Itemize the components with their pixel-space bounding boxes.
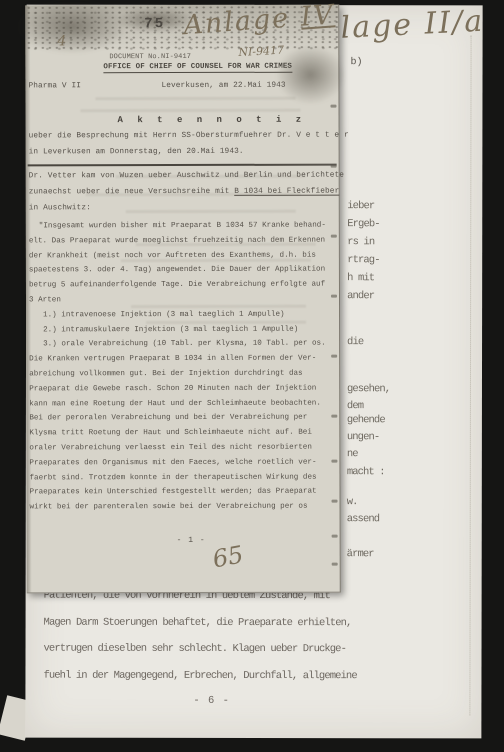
page-number: - 1 -: [177, 536, 206, 545]
photostat-page: 75 Anlage IV NI-9417 4 DOCUMENT No.NI-94…: [25, 5, 341, 594]
body-line: oraler Verabreichung verlaesst ein Teil …: [29, 441, 337, 457]
body-line: Klysma tritt Roetung der Haut und Schlei…: [29, 426, 337, 442]
memo-subtitle-1: ueber die Besprechung mit Herrn SS-Obers…: [29, 132, 349, 141]
document-number-line: DOCUMENT No.NI-9417: [109, 53, 191, 61]
bottom-text-line: fuehl in der Magengegend, Erbrechen, Dur…: [43, 670, 356, 683]
memo-title: A k t e n n o t i z: [118, 115, 306, 125]
body-line: Praeparat die Gewebe rasch. Schon 20 Min…: [29, 381, 337, 397]
body-line: der Krankheit (meist noch vor Auftreten …: [29, 248, 337, 264]
bottom-text-line: Magen Darm Stoerungen behaftet, die Prae…: [44, 617, 352, 630]
handwritten-ni-number: NI-9417: [238, 44, 284, 59]
intro-line-2: zunaechst ueber die neue Versuchsreihe m…: [29, 188, 340, 197]
memo-subtitle-2: in Leverkusen am Donnerstag, den 20.Mai …: [29, 148, 244, 157]
intro-line-3: in Auschwitz:: [29, 204, 91, 212]
blotch: [17, 0, 127, 54]
memo-body: "Insgesamt wurden bisher mit Praeparat B…: [29, 219, 338, 516]
text-fragment: ärmer: [347, 548, 374, 560]
stamp-75: 75: [144, 16, 165, 32]
anlage-number: IV: [300, 0, 336, 33]
body-line: 3 Arten: [29, 293, 337, 309]
fold-line: [469, 35, 471, 715]
text-fragment: rs in: [347, 236, 374, 248]
handwritten-digit: 4: [57, 33, 66, 49]
text-fragment: gehende: [347, 414, 385, 426]
body-line: "Insgesamt wurden bisher mit Praeparat B…: [29, 219, 337, 235]
intro-line-1: Dr. Vetter kam von Wuzen ueber Auschwitz…: [29, 172, 344, 181]
body-line: kann man eine Roetung der Haut und der S…: [29, 396, 337, 412]
mark-b: b): [351, 57, 363, 68]
body-line: Bei der peroralen Verabreichung und bei …: [29, 411, 337, 427]
page-number-under: - 6 -: [193, 695, 230, 707]
handwritten-anlage-under: lage II/a: [340, 4, 485, 46]
edge-tick: [332, 535, 338, 538]
body-line: Die Kranken vertrugen Praeparat B 1034 i…: [29, 352, 337, 368]
bottom-text-line: vertrugen dieselben sehr schlecht. Klage…: [44, 643, 346, 656]
body-line: Praeparates den Organismus mit den Faece…: [29, 455, 337, 471]
ghost-line: [126, 210, 296, 213]
body-line: spaetestens 3. oder 4. Tag) angewendet. …: [29, 263, 337, 279]
divider-rule: [28, 164, 337, 167]
text-fragment: die: [347, 336, 363, 348]
body-line: 3.) orale Verabreichung (10 Tabl. per Kl…: [29, 337, 337, 353]
film-background: lage II/a b) ieber Ergeb- rs in rtrag- h…: [0, 0, 504, 752]
body-line: elt. Das Praeparat wurde moeglichst frue…: [29, 233, 337, 249]
text-fragment: macht :: [347, 466, 385, 478]
body-line: 1.) intravenoese Injektion (3 mal taegli…: [29, 307, 337, 323]
body-line: faerbt sind. Trotzdem konnte in der ther…: [29, 470, 337, 486]
text-fragment: dem: [347, 400, 363, 412]
edge-tick: [332, 563, 338, 566]
ghost-line: [95, 97, 295, 101]
text-fragment: ander: [347, 290, 374, 302]
body-line: abreichung vollkommen gut. Bei der Injek…: [29, 367, 337, 383]
text-fragment: Ergeb-: [347, 218, 379, 230]
office-header: OFFICE OF CHIEF OF COUNSEL FOR WAR CRIME…: [103, 63, 292, 73]
text-fragment: h mit: [347, 272, 374, 284]
blotch: [275, 45, 345, 105]
text-fragment: w.: [347, 496, 358, 508]
place-date: Leverkusen, am 22.Mai 1943: [161, 82, 285, 90]
text-fragment: gesehen,: [347, 383, 390, 395]
text-fragment: rtrag-: [347, 254, 379, 266]
body-line: betrug 5 aufeinanderfolgende Tage. Die V…: [29, 278, 337, 294]
body-line: 2.) intramuskulaere Injektion (3 mal tae…: [29, 322, 337, 338]
edge-tick: [330, 105, 336, 108]
text-fragment: ieber: [347, 200, 374, 212]
text-fragment: ne: [347, 448, 358, 460]
department-label: Pharma V II: [28, 82, 81, 90]
intro-line-2-plain: zunaechst ueber die neue Versuchsreihe m…: [29, 188, 235, 197]
body-line: Praeparates kein Unterschied festgestell…: [29, 485, 337, 501]
handwritten-65: 65: [210, 540, 245, 573]
ghost-line: [81, 109, 301, 113]
intro-line-2-underlined: B 1034 bei Fleckfieber: [234, 188, 339, 196]
text-fragment: ungen-: [347, 431, 379, 443]
body-line: wirkt bei der parenteralen sowie bei der…: [30, 500, 338, 516]
text-fragment: assend: [347, 513, 379, 525]
